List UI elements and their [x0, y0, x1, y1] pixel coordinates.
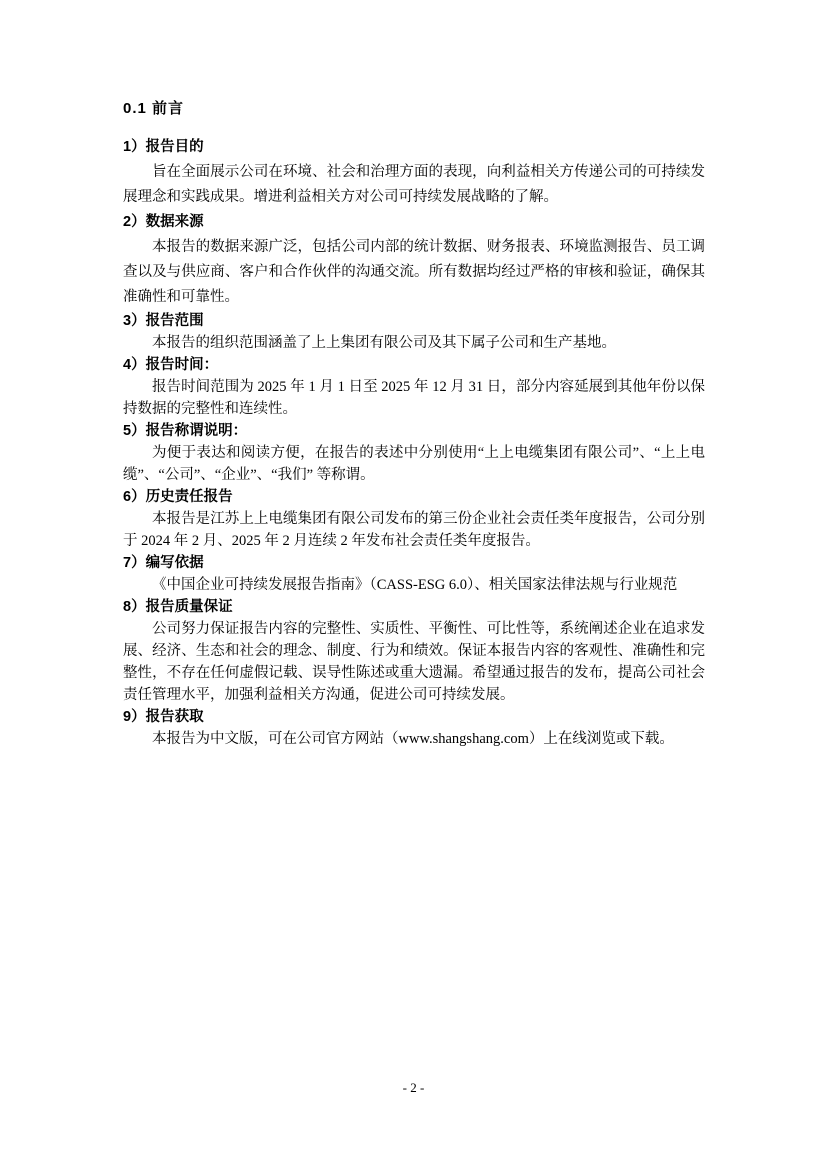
sections-group-bottom: 3）报告范围 本报告的组织范围涵盖了上上集团有限公司及其下属子公司和生产基地。 … — [123, 310, 705, 750]
section-paragraph: 本报告为中文版，可在公司官方网站（www.shangshang.com）上在线浏… — [123, 728, 705, 750]
section-heading: 7）编写依据 — [123, 552, 705, 574]
section-heading: 5）报告称谓说明： — [123, 420, 705, 442]
section-heading: 2）数据来源 — [123, 210, 705, 235]
section-paragraph: 公司努力保证报告内容的完整性、实质性、平衡性、可比性等，系统阐述企业在追求发展、… — [123, 618, 705, 706]
section-heading: 1）报告目的 — [123, 135, 705, 160]
report-section-9: 9）报告获取 本报告为中文版，可在公司官方网站（www.shangshang.c… — [123, 706, 705, 750]
section-paragraph: 旨在全面展示公司在环境、社会和治理方面的表现，向利益相关方传递公司的可持续发展理… — [123, 160, 705, 210]
report-section-4: 4）报告时间： 报告时间范围为 2025 年 1 月 1 日至 2025 年 1… — [123, 354, 705, 420]
section-heading: 6）历史责任报告 — [123, 486, 705, 508]
section-heading: 4）报告时间： — [123, 354, 705, 376]
report-section-2: 2）数据来源 本报告的数据来源广泛，包括公司内部的统计数据、财务报表、环境监测报… — [123, 210, 705, 310]
document-content: 0.1 前言 1）报告目的 旨在全面展示公司在环境、社会和治理方面的表现，向利益… — [123, 96, 705, 750]
page-title: 0.1 前言 — [123, 96, 705, 121]
report-section-1: 1）报告目的 旨在全面展示公司在环境、社会和治理方面的表现，向利益相关方传递公司… — [123, 135, 705, 210]
page-footer: - 2 - — [0, 1080, 827, 1096]
section-paragraph: 本报告的组织范围涵盖了上上集团有限公司及其下属子公司和生产基地。 — [123, 332, 705, 354]
section-paragraph: 报告时间范围为 2025 年 1 月 1 日至 2025 年 12 月 31 日… — [123, 376, 705, 420]
section-heading: 8）报告质量保证 — [123, 596, 705, 618]
report-section-5: 5）报告称谓说明： 为便于表达和阅读方便，在报告的表述中分别使用“上上电缆集团有… — [123, 420, 705, 486]
section-paragraph: 为便于表达和阅读方便，在报告的表述中分别使用“上上电缆集团有限公司”、“上上电缆… — [123, 442, 705, 486]
section-heading: 3）报告范围 — [123, 310, 705, 332]
report-section-6: 6）历史责任报告 本报告是江苏上上电缆集团有限公司发布的第三份企业社会责任类年度… — [123, 486, 705, 552]
report-section-7: 7）编写依据 《中国企业可持续发展报告指南》（CASS-ESG 6.0）、相关国… — [123, 552, 705, 596]
sections-group-top: 1）报告目的 旨在全面展示公司在环境、社会和治理方面的表现，向利益相关方传递公司… — [123, 135, 705, 310]
document-page: 0.1 前言 1）报告目的 旨在全面展示公司在环境、社会和治理方面的表现，向利益… — [0, 0, 827, 1170]
section-paragraph: 《中国企业可持续发展报告指南》（CASS-ESG 6.0）、相关国家法律法规与行… — [123, 574, 705, 596]
section-heading: 9）报告获取 — [123, 706, 705, 728]
page-number: - 2 - — [403, 1080, 425, 1095]
section-paragraph: 本报告的数据来源广泛，包括公司内部的统计数据、财务报表、环境监测报告、员工调查以… — [123, 235, 705, 310]
report-section-3: 3）报告范围 本报告的组织范围涵盖了上上集团有限公司及其下属子公司和生产基地。 — [123, 310, 705, 354]
report-section-8: 8）报告质量保证 公司努力保证报告内容的完整性、实质性、平衡性、可比性等，系统阐… — [123, 596, 705, 706]
section-paragraph: 本报告是江苏上上电缆集团有限公司发布的第三份企业社会责任类年度报告，公司分别于 … — [123, 508, 705, 552]
